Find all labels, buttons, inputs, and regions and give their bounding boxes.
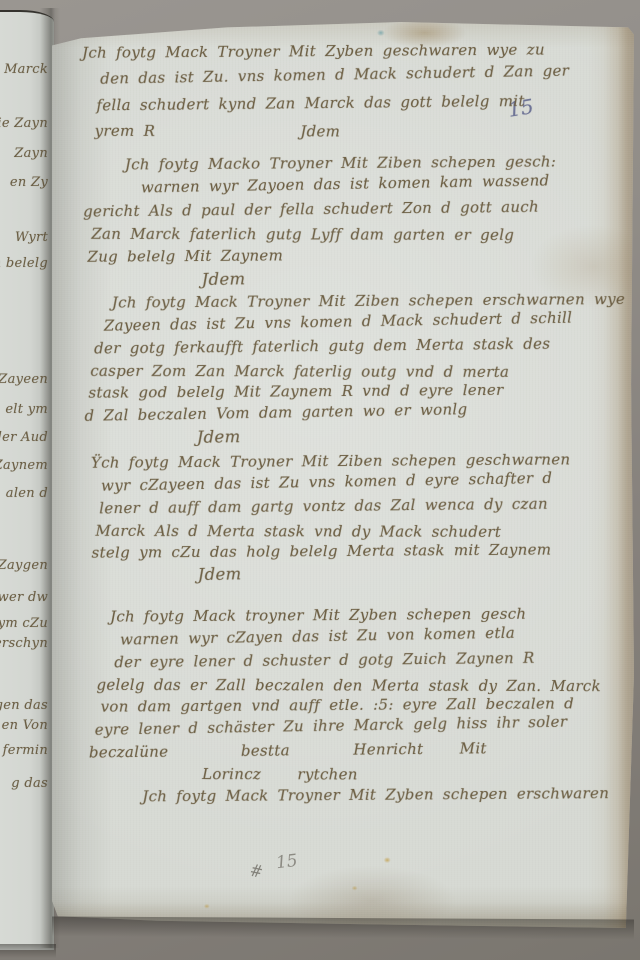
entry-paragraph-2: Jch foytg Macko Troyner Mit Ziben schepe… <box>83 150 624 292</box>
handwritten-text-block: Jch foytg Mack Troyner Mit Zyben geschwa… <box>49 20 637 930</box>
page-bottom-shadow <box>52 916 634 939</box>
entry-paragraph-5: Jch foytg Mack troyner Mit Zyben schepen… <box>86 602 627 808</box>
manuscript-line: gelelg das er Zall beczalen den Merta st… <box>96 673 626 697</box>
left-page-bottom-shadow <box>0 944 56 958</box>
manuscript-line: gericht Als d paul der fella schudert Zo… <box>83 195 623 224</box>
closing-names-line: Lorincz rytchen <box>202 762 627 786</box>
entry-paragraph-3: Jch foytg Mack Troyner Mit Ziben schepen… <box>84 288 625 449</box>
manuscript-line: der gotg ferkaufft faterlich gutg dem Me… <box>94 332 624 360</box>
manuscript-line: Marck Als d Merta stask vnd dy Mack schu… <box>95 519 625 543</box>
folio-number-gray-pencil: 15 <box>275 851 299 873</box>
entry-paragraph-4: Ÿch foytg Mack Troyner Mit Ziben schepen… <box>85 448 626 587</box>
manuscript-line: lener d auff dam gartg vontz das Zal wen… <box>99 492 625 520</box>
manuscript-line: yrem R Jdem <box>95 118 623 145</box>
manuscript-line: Zan Marck faterlich gutg Lyff dam garten… <box>91 223 623 247</box>
idem-heading: Jdem <box>197 422 625 449</box>
manuscript-photo: Marck die Zayn Zayn en Zy Wyrt n belelg … <box>0 0 640 960</box>
closing-attestation-line: beczalüne bestta Henricht Mit <box>89 736 627 764</box>
manuscript-line: casper Zom Zan Marck faterlig outg vnd d… <box>90 359 624 383</box>
entry-paragraph-1: Jch foytg Mack Troyner Mit Zyben geschwa… <box>82 36 623 144</box>
manuscript-page: 15 Jch foytg Mack Troyner Mit Zyben gesc… <box>52 22 634 928</box>
manuscript-line: fella schudert kynd Zan Marck das gott b… <box>96 87 622 119</box>
manuscript-line: der eyre lener d schuster d gotg Zuich Z… <box>114 646 626 674</box>
